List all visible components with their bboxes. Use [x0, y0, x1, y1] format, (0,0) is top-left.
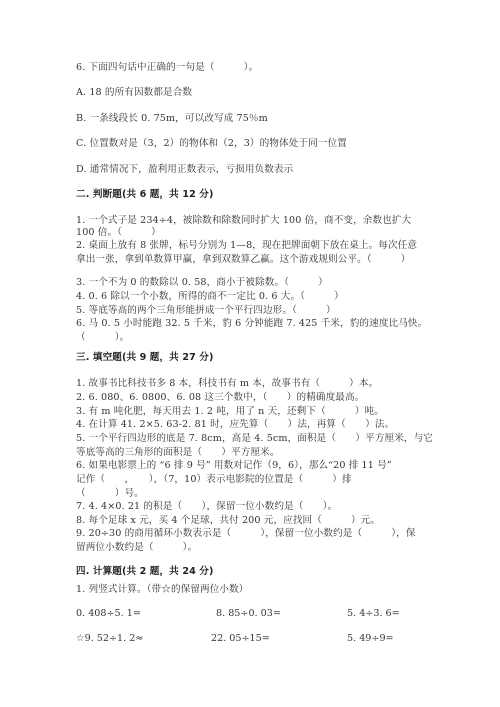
question-6-stem: 6. 下面四句话中正确的一句是（ ）。 — [76, 61, 258, 74]
fill-line: （ ）号。 — [76, 487, 144, 500]
fill-line: 9. 20÷30 的商用循环小数表示是（ ），保留一位小数约是（ ），保 — [76, 527, 416, 540]
fill-line: 5. 一个平行四边形的底是 7. 8cm，高是 4. 5cm，面积是（ ）平方厘… — [76, 432, 433, 445]
fill-line: 记作（ ， ），（7，10）表示电影院的位置是（ ）排 — [76, 473, 352, 486]
calc-item: ☆9. 52÷1. 2≈ — [76, 633, 143, 644]
fill-line: 3. 有 m 吨化肥，每天用去 1. 2 吨，用了 n 天，还剩下（ ）吨。 — [76, 405, 384, 418]
fill-line: 等底等高的三角形的面积是（ ）平方厘米。 — [76, 446, 280, 459]
option-d: D. 通常情况下，盈利用正数表示，亏损用负数表示 — [76, 163, 293, 176]
judge-line: （ ）。 — [76, 331, 129, 344]
judge-line: 6. 马 0. 5 小时能跑 32. 5 千米，豹 6 分钟能跑 7. 425 … — [76, 317, 427, 330]
fill-line: 1. 故事书比科技书多 8 本，科技书有 m 本，故事书有（ ）本。 — [76, 377, 378, 390]
judge-line: 2. 桌面上放有 8 张牌，标号分别为 1—8，现在把牌面朝下放在桌上。每次任意 — [76, 239, 417, 252]
fill-line: 6. 如果电影票上的 “6 排 9 号” 用数对记作（9，6），那么“20 排 … — [76, 459, 392, 472]
calc-item: 5. 4÷3. 6= — [347, 608, 400, 619]
judge-line: 3. 一个不为 0 的数除以 0. 58，商小于被除数。（ ） — [76, 276, 328, 289]
fill-line: 7. 4. 4×0. 21 的积是（ ），保留一位小数约是（ ）。 — [76, 500, 337, 513]
fill-line: 4. 在计算 41. 2×5. 63-2. 81 时，应先算（ ）法，再算（ ）… — [76, 418, 394, 431]
calc-item: 5. 49÷9= — [347, 633, 394, 644]
calc-item: 22. 05÷15= — [211, 633, 270, 644]
judge-line: 拿出一张，拿到单数算甲赢，拿到双数算乙赢。这个游戏规则公平。（ ） — [76, 253, 410, 266]
judge-line: 100 倍。（ ） — [76, 226, 161, 239]
option-c: C. 位置数对是（3，2）的物体和（2，3）的物体处于同一位置 — [76, 137, 347, 150]
section-4-heading: 四. 计算题(共 2 题，共 24 分) — [76, 565, 213, 578]
option-a: A. 18 的所有因数都是合数 — [76, 86, 192, 99]
fill-line: 留两位小数约是（ ）。 — [76, 541, 197, 554]
section-3-heading: 三. 填空题(共 9 题，共 27 分) — [76, 351, 213, 364]
fill-line: 2. 6. 080、6. 0800、6. 08 这三个数中，（ ）的精确度最高。 — [76, 391, 364, 404]
judge-line: 4. 0. 6 除以一个小数，所得的商不一定比 0. 6 大。（ ） — [76, 290, 344, 303]
calc-item: 8. 85÷0. 03= — [216, 608, 281, 619]
judge-line: 5. 等底等高的两个三角形能拼成一个平行四边形。（ ） — [76, 304, 336, 317]
fill-line: 8. 每个足球 x 元，买 4 个足球，共付 200 元，应找回（ ）元。 — [76, 514, 380, 527]
option-b: B. 一条线段长 0. 75m，可以改写成 75％m — [76, 112, 268, 125]
calc-item: 0. 408÷5. 1= — [76, 608, 141, 619]
section-2-heading: 二. 判断题(共 6 题，共 12 分) — [76, 188, 213, 201]
calc-question-1: 1. 列竖式计算。（带☆的保留两位小数） — [76, 583, 249, 596]
